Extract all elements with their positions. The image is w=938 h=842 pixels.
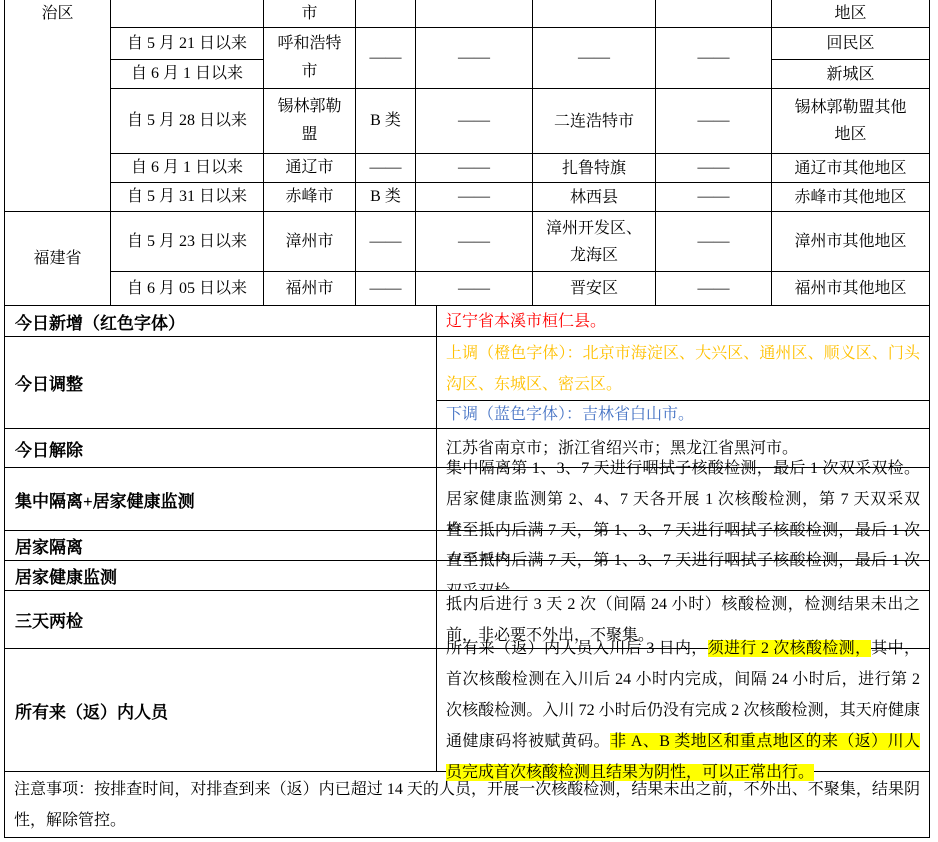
cell-date-fuzhou: 自 6 月 05 日以来 <box>111 272 263 305</box>
cell-date-xilingol: 自 5 月 28 日以来 <box>111 89 263 153</box>
label-home-quarantine: 居家隔离 <box>5 531 436 560</box>
cell-dash: —— <box>416 154 532 182</box>
cell-dash: —— <box>416 28 532 88</box>
label-adjust-today: 今日调整 <box>5 337 436 428</box>
cell-area-fuzhou: 福州市其他地区 <box>772 272 929 305</box>
cell-date-hohhot-2: 自 6 月 1 日以来 <box>111 60 263 88</box>
notes-text: 注意事项：按排查时间，对排查到来（返）内已超过 14 天的人员，开展一次核酸检测… <box>14 774 920 836</box>
label-all-arrivals: 所有来（返）内人员 <box>5 649 436 771</box>
content-home-monitoring: 直至抵内后满 7 天，第 1、3、7 天进行咽拭子核酸检测，最后 1 次双采双检… <box>437 561 929 590</box>
cell-dash: —— <box>416 183 532 211</box>
cell-area-huimin: 回民区 <box>772 28 929 59</box>
cell-date-hohhot-1: 自 5 月 21 日以来 <box>111 28 263 59</box>
empty-cell <box>533 0 655 27</box>
cell-city-zhangzhou: 漳州市 <box>264 212 355 271</box>
cell-city-carryover: 市 <box>264 0 355 27</box>
cell-district-zhangzhou: 漳州开发区、龙海区 <box>533 212 655 271</box>
text-segment: 所有来（返）内人员入川后 3 日内， <box>446 640 708 657</box>
cell-dash: —— <box>416 212 532 271</box>
cell-category-chifeng: B 类 <box>356 183 415 211</box>
cell-district-linxi: 林西县 <box>533 183 655 211</box>
empty-cell <box>111 0 263 27</box>
cell-district-jinan: 晋安区 <box>533 272 655 305</box>
content-adjust-up: 上调（橙色字体）：北京市海淀区、大兴区、通州区、顺义区、门头沟区、东城区、密云区… <box>437 337 929 400</box>
label-home-monitoring: 居家健康监测 <box>5 561 436 590</box>
cell-dash: —— <box>533 28 655 88</box>
cell-province-carryover: 治区 <box>5 0 110 211</box>
cell-area-xincheng: 新城区 <box>772 60 929 88</box>
cell-category-xilingol: B 类 <box>356 89 415 153</box>
cell-dash: —— <box>656 183 771 211</box>
cell-area-chifeng: 赤峰市其他地区 <box>772 183 929 211</box>
cell-date-zhangzhou: 自 5 月 23 日以来 <box>111 212 263 271</box>
cell-district-erenhot: 二连浩特市 <box>533 89 655 153</box>
notes-row: 注意事项：按排查时间，对排查到来（返）内已超过 14 天的人员，开展一次核酸检测… <box>4 772 930 838</box>
cell-dash: —— <box>656 272 771 305</box>
region-risk-table: 治区 市 地区 自 5 月 21 日以来 呼和浩特市 —— —— —— —— 回… <box>4 0 930 306</box>
cell-date-chifeng: 自 5 月 31 日以来 <box>111 183 263 211</box>
cell-dash: —— <box>356 272 415 305</box>
cell-city-chifeng: 赤峰市 <box>264 183 355 211</box>
cell-dash: —— <box>416 89 532 153</box>
cell-area-carryover: 地区 <box>772 0 929 27</box>
cell-dash: —— <box>356 28 415 88</box>
cell-date-tongliao: 自 6 月 1 日以来 <box>111 154 263 182</box>
cell-dash: —— <box>656 28 771 88</box>
cell-district-zhalute: 扎鲁特旗 <box>533 154 655 182</box>
cell-area-zhangzhou: 漳州市其他地区 <box>772 212 929 271</box>
cell-city-hohhot: 呼和浩特市 <box>264 28 355 88</box>
content-new-today: 辽宁省本溪市桓仁县。 <box>437 306 929 336</box>
empty-cell <box>416 0 532 27</box>
label-centralized: 集中隔离+居家健康监测 <box>5 468 436 530</box>
cell-dash: —— <box>356 212 415 271</box>
cell-dash: —— <box>656 212 771 271</box>
policy-table: 今日新增（红色字体） 辽宁省本溪市桓仁县。 今日调整 上调（橙色字体）：北京市海… <box>4 306 930 772</box>
empty-cell <box>356 0 415 27</box>
cell-dash: —— <box>416 272 532 305</box>
label-lifted-today: 今日解除 <box>5 429 436 467</box>
cell-city-fuzhou: 福州市 <box>264 272 355 305</box>
cell-city-xilingol: 锡林郭勒盟 <box>264 89 355 153</box>
label-new-today: 今日新增（红色字体） <box>5 306 436 336</box>
content-adjust-down: 下调（蓝色字体）：吉林省白山市。 <box>437 401 929 428</box>
empty-cell <box>656 0 771 27</box>
content-all-arrivals: 所有来（返）内人员入川后 3 日内，须进行 2 次核酸检测，其中，首次核酸检测在… <box>437 649 929 771</box>
label-three-day-two-test: 三天两检 <box>5 591 436 648</box>
cell-city-tongliao: 通辽市 <box>264 154 355 182</box>
cell-dash: —— <box>656 89 771 153</box>
all-arrivals-text: 所有来（返）内人员入川后 3 日内，须进行 2 次核酸检测，其中，首次核酸检测在… <box>446 633 920 788</box>
cell-dash: —— <box>356 154 415 182</box>
document-sheet: 治区 市 地区 自 5 月 21 日以来 呼和浩特市 —— —— —— —— 回… <box>4 0 932 838</box>
cell-area-tongliao: 通辽市其他地区 <box>772 154 929 182</box>
cell-area-xilingol: 锡林郭勒盟其他地区 <box>772 89 929 153</box>
cell-province-fujian: 福建省 <box>5 212 110 305</box>
highlighted-text-segment: 须进行 2 次核酸检测， <box>708 640 872 657</box>
cell-dash: —— <box>656 154 771 182</box>
